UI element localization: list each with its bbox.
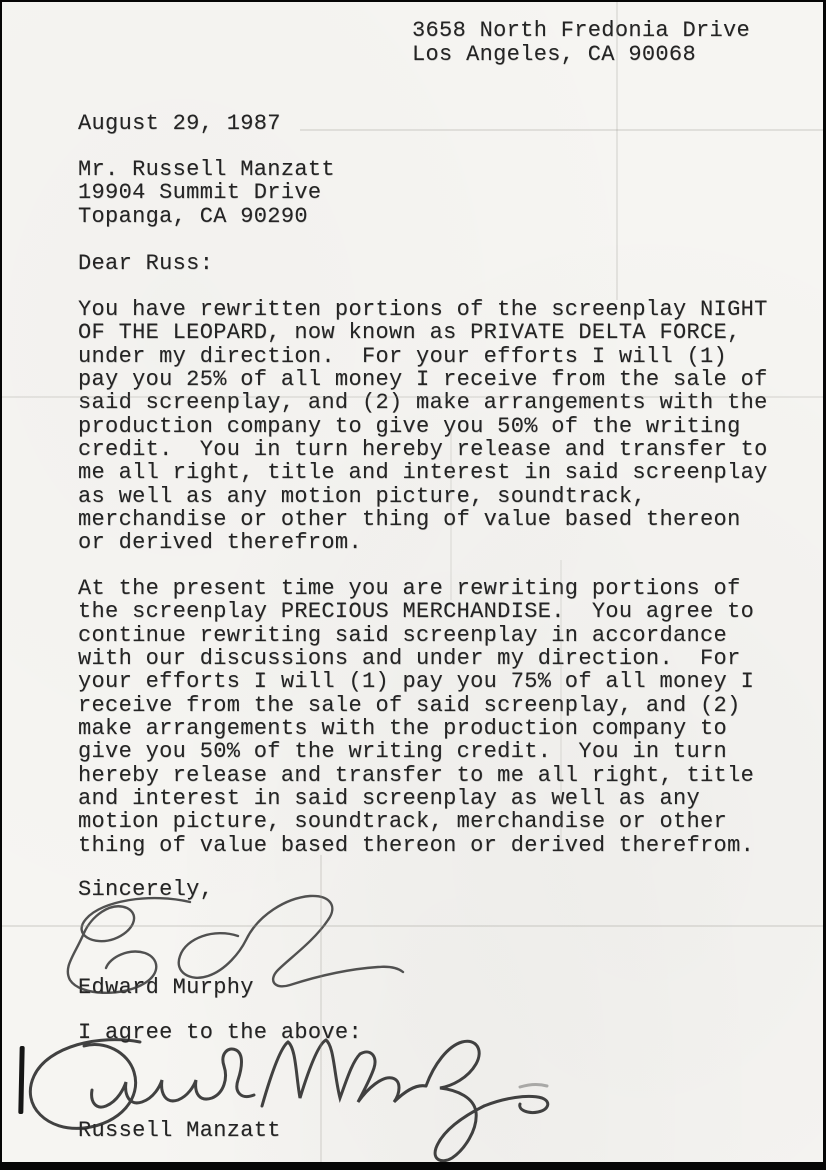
body-paragraph-1: You have rewritten portions of the scree… (78, 298, 768, 555)
crease-line (616, 0, 618, 300)
crease-line (450, 430, 452, 600)
crease-line (320, 855, 322, 1170)
crease-line (560, 560, 562, 840)
scan-border-top (0, 0, 826, 2)
valediction: Sincerely, (78, 878, 213, 901)
recipient-address: Mr. Russell Manzatt 19904 Summit Drive T… (78, 158, 335, 228)
scan-border-bottom (0, 1162, 826, 1170)
crease-line (0, 396, 826, 398)
body-paragraph-2: At the present time you are rewriting po… (78, 577, 754, 857)
sender-name: Edward Murphy (78, 976, 254, 999)
salutation: Dear Russ: (78, 252, 213, 275)
scan-edge-mark (18, 1046, 24, 1114)
sender-address: 3658 North Fredonia Drive Los Angeles, C… (412, 19, 750, 67)
letter-page: 3658 North Fredonia Drive Los Angeles, C… (0, 0, 826, 1170)
signer-name: Russell Manzatt (78, 1119, 281, 1142)
crease-line (300, 129, 826, 131)
crease-line (0, 925, 826, 927)
scan-border-left (0, 0, 2, 1170)
date-line: August 29, 1987 (78, 112, 281, 135)
